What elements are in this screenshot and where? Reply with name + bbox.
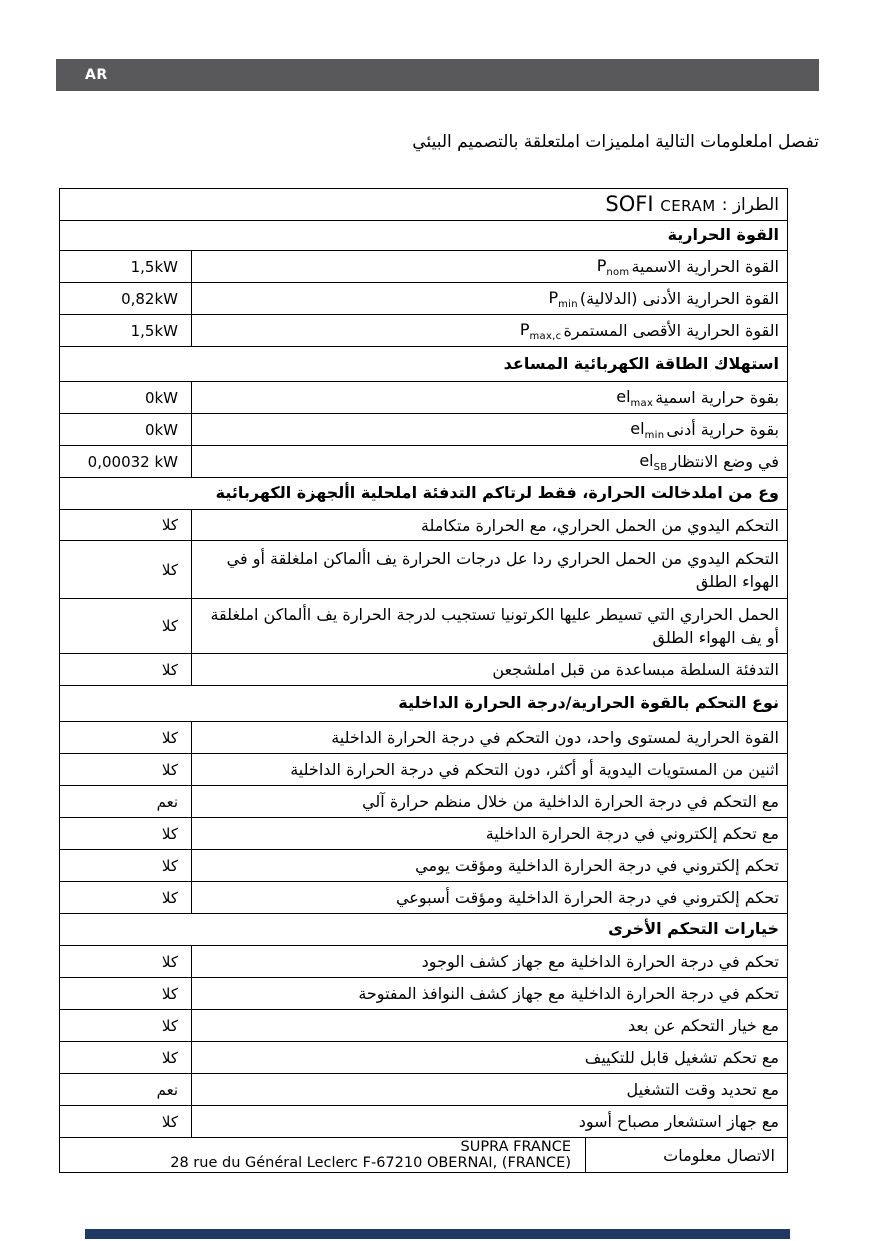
table-row: 0kWبقوة حرارية أدنىelmin xyxy=(60,413,787,445)
table-row: 0kWبقوة حرارية اسميةelmax xyxy=(60,381,787,413)
table-row: كلااثنين من المستويات اليدوية أو أكثر، د… xyxy=(60,753,787,785)
spec-value-cell: كلا xyxy=(60,1010,192,1041)
table-row: الطراز : SOFI CERAM xyxy=(60,189,787,220)
table-row: القوة الحرارية xyxy=(60,220,787,250)
spec-symbol: Pnom xyxy=(597,254,632,281)
model-name: SOFI xyxy=(605,192,660,216)
spec-label-text: مع تحديد وقت التشغيل xyxy=(626,1078,779,1101)
table-row: كلامع تحكم إلكتروني في درجة الحرارة الدا… xyxy=(60,817,787,849)
spec-label-text: القوة الحرارية لمستوى واحد، دون التحكم ف… xyxy=(331,726,779,749)
spec-label-text: اثنين من المستويات اليدوية أو أكثر، دون … xyxy=(290,758,779,781)
spec-value-cell: كلا xyxy=(60,510,192,540)
spec-symbol: elSB xyxy=(639,449,669,476)
spec-label-text: التحكم اليدوي من الحمل الحراري ردا عل در… xyxy=(200,547,779,593)
contact-address: 28 rue du Général Leclerc F-67210 OBERNA… xyxy=(64,1155,571,1171)
spec-label-cell: الحمل الحراري التي تسيطر عليها الكرتونيا… xyxy=(192,599,787,653)
table-row: 0,00032 kWفي وضع الانتظارelSB xyxy=(60,445,787,477)
table-row: كلاتحكم في درجة الحرارة الداخلية مع جهاز… xyxy=(60,977,787,1009)
spec-value-cell: كلا xyxy=(60,1106,192,1137)
spec-symbol: Pmin xyxy=(548,286,579,313)
spec-label-cell: القوة الحرارية الأدنى (الدلالية)Pmin xyxy=(192,283,787,314)
section-header-cell: خيارات التحكم الأخرى xyxy=(60,914,787,945)
table-row: SUPRA FRANCE28 rue du Général Leclerc F-… xyxy=(60,1137,787,1172)
contact-company: SUPRA FRANCE xyxy=(64,1139,571,1155)
spec-label-cell: تحكم في درجة الحرارة الداخلية مع جهاز كش… xyxy=(192,978,787,1009)
spec-value-cell: كلا xyxy=(60,722,192,753)
spec-symbol-subscript: max xyxy=(631,398,654,409)
section-header-cell: وع من املدخالت الحرارة، فقط لرتاكم التدف… xyxy=(60,478,787,509)
spec-value-cell: كلا xyxy=(60,599,192,653)
spec-value-cell: نعم xyxy=(60,1074,192,1105)
table-row: كلاالتدفئة السلطة مبساعدة من قبل املشجعن xyxy=(60,653,787,685)
spec-value-cell: كلا xyxy=(60,754,192,785)
spec-label-cell: التحكم اليدوي من الحمل الحراري ردا عل در… xyxy=(192,541,787,598)
spec-label-text: بقوة حرارية أدنى xyxy=(666,418,779,441)
spec-label-text: مع تحكم تشغيل قابل للتكييف xyxy=(585,1046,779,1069)
table-row: كلاتحكم إلكتروني في درجة الحرارة الداخلي… xyxy=(60,849,787,881)
table-row: 1,5kWالقوة الحرارية الأقصى المستمرةPmax,… xyxy=(60,314,787,346)
section-header-cell: استهلاك الطاقة الكهربائية المساعد xyxy=(60,347,787,381)
spec-value-cell: كلا xyxy=(60,818,192,849)
spec-label-cell: التحكم اليدوي من الحمل الحراري، مع الحرا… xyxy=(192,510,787,540)
spec-label-cell: القوة الحرارية الأقصى المستمرةPmax,c xyxy=(192,315,787,346)
table-row: نعممع التحكم في درجة الحرارة الداخلية من… xyxy=(60,785,787,817)
table-row: كلاالتحكم اليدوي من الحمل الحراري، مع ال… xyxy=(60,509,787,540)
spec-label-cell: اثنين من المستويات اليدوية أو أكثر، دون … xyxy=(192,754,787,785)
spec-value-cell: 1,5kW xyxy=(60,251,192,282)
table-row: وع من املدخالت الحرارة، فقط لرتاكم التدف… xyxy=(60,477,787,509)
spec-label-cell: مع تحديد وقت التشغيل xyxy=(192,1074,787,1105)
spec-label-cell: مع تحكم تشغيل قابل للتكييف xyxy=(192,1042,787,1073)
spec-label-text: القوة الحرارية الأدنى (الدلالية) xyxy=(580,287,779,310)
spec-label-cell: بقوة حرارية أدنىelmin xyxy=(192,414,787,445)
spec-label-cell: مع خيار التحكم عن بعد xyxy=(192,1010,787,1041)
spec-label-text: في وضع الانتظار xyxy=(669,450,779,473)
spec-label-cell: تحكم إلكتروني في درجة الحرارة الداخلية و… xyxy=(192,882,787,913)
spec-label-cell: مع تحكم إلكتروني في درجة الحرارة الداخلي… xyxy=(192,818,787,849)
spec-value-cell: كلا xyxy=(60,850,192,881)
model-label: الطراز : xyxy=(722,194,779,216)
spec-label-text: بقوة حرارية اسمية xyxy=(655,386,779,409)
table-row: نعممع تحديد وقت التشغيل xyxy=(60,1073,787,1105)
spec-label-text: التدفئة السلطة مبساعدة من قبل املشجعن xyxy=(492,658,779,681)
table-row: كلامع جهاز استشعار مصباح أسود xyxy=(60,1105,787,1137)
spec-symbol: elmax xyxy=(616,385,655,412)
spec-label-cell: مع جهاز استشعار مصباح أسود xyxy=(192,1106,787,1137)
spec-symbol-subscript: min xyxy=(645,430,665,441)
spec-label-cell: مع التحكم في درجة الحرارة الداخلية من خل… xyxy=(192,786,787,817)
model-row-cell: الطراز : SOFI CERAM xyxy=(60,189,787,220)
table-row: 0,82kWالقوة الحرارية الأدنى (الدلالية)Pm… xyxy=(60,282,787,314)
contact-details-cell: SUPRA FRANCE28 rue du Général Leclerc F-… xyxy=(60,1138,586,1172)
spec-label-cell: في وضع الانتظارelSB xyxy=(192,446,787,477)
language-header-bar: AR xyxy=(56,59,819,91)
table-row: كلاالتحكم اليدوي من الحمل الحراري ردا عل… xyxy=(60,540,787,598)
spec-label-text: القوة الحرارية الأقصى المستمرة xyxy=(563,319,779,342)
spec-value-cell: 0kW xyxy=(60,414,192,445)
contact-label-cell: الاتصال معلومات xyxy=(586,1138,787,1172)
spec-label-text: مع التحكم في درجة الحرارة الداخلية من خل… xyxy=(362,790,779,813)
spec-value-cell: 0,82kW xyxy=(60,283,192,314)
table-row: كلاتحكم في درجة الحرارة الداخلية مع جهاز… xyxy=(60,945,787,977)
spec-label-text: مع تحكم إلكتروني في درجة الحرارة الداخلي… xyxy=(486,822,779,845)
spec-symbol: elmin xyxy=(630,417,666,444)
spec-label-text: الحمل الحراري التي تسيطر عليها الكرتونيا… xyxy=(200,603,779,649)
manual-page: { "header": { "lang_badge": "AR", "bar_c… xyxy=(0,0,874,1241)
spec-value-cell: نعم xyxy=(60,786,192,817)
spec-value-cell: كلا xyxy=(60,978,192,1009)
footer-bar xyxy=(85,1229,790,1239)
table-row: خيارات التحكم الأخرى xyxy=(60,913,787,945)
spec-label-text: مع جهاز استشعار مصباح أسود xyxy=(579,1110,779,1133)
spec-label-text: مع خيار التحكم عن بعد xyxy=(628,1014,779,1037)
spec-label-cell: تحكم في درجة الحرارة الداخلية مع جهاز كش… xyxy=(192,946,787,977)
spec-symbol-subscript: nom xyxy=(606,267,629,278)
language-badge: AR xyxy=(85,67,108,83)
spec-symbol-subscript: SB xyxy=(654,462,668,473)
ecodesign-spec-table: الطراز : SOFI CERAMالقوة الحرارية1,5kWال… xyxy=(59,188,788,1173)
spec-value-cell: 0kW xyxy=(60,382,192,413)
table-row: كلامع تحكم تشغيل قابل للتكييف xyxy=(60,1041,787,1073)
spec-symbol-subscript: max,c xyxy=(529,331,561,342)
table-row: نوع التحكم بالقوة الحرارية/درجة الحرارة … xyxy=(60,685,787,721)
spec-value-cell: كلا xyxy=(60,882,192,913)
spec-value-cell: 0,00032 kW xyxy=(60,446,192,477)
spec-symbol-subscript: min xyxy=(558,299,578,310)
table-row: كلامع خيار التحكم عن بعد xyxy=(60,1009,787,1041)
table-row: استهلاك الطاقة الكهربائية المساعد xyxy=(60,346,787,381)
table-row: كلاالقوة الحرارية لمستوى واحد، دون التحك… xyxy=(60,721,787,753)
spec-value-cell: 1,5kW xyxy=(60,315,192,346)
spec-label-text: تحكم في درجة الحرارة الداخلية مع جهاز كش… xyxy=(358,982,779,1005)
spec-value-cell: كلا xyxy=(60,1042,192,1073)
section-header-cell: نوع التحكم بالقوة الحرارية/درجة الحرارة … xyxy=(60,686,787,721)
spec-label-text: القوة الحرارية الاسمية xyxy=(631,255,779,278)
model-name-group: SOFI CERAM xyxy=(605,191,715,218)
spec-label-text: تحكم في درجة الحرارة الداخلية مع جهاز كش… xyxy=(422,950,779,973)
spec-label-text: التحكم اليدوي من الحمل الحراري، مع الحرا… xyxy=(421,514,779,537)
spec-label-cell: التدفئة السلطة مبساعدة من قبل املشجعن xyxy=(192,654,787,685)
spec-label-text: تحكم إلكتروني في درجة الحرارة الداخلية و… xyxy=(396,886,779,909)
spec-value-cell: كلا xyxy=(60,654,192,685)
model-variant: CERAM xyxy=(660,197,715,215)
spec-label-cell: تحكم إلكتروني في درجة الحرارة الداخلية و… xyxy=(192,850,787,881)
spec-label-cell: القوة الحرارية لمستوى واحد، دون التحكم ف… xyxy=(192,722,787,753)
spec-label-text: تحكم إلكتروني في درجة الحرارة الداخلية و… xyxy=(415,854,779,877)
spec-label-cell: القوة الحرارية الاسميةPnom xyxy=(192,251,787,282)
table-row: 1,5kWالقوة الحرارية الاسميةPnom xyxy=(60,250,787,282)
section-header-cell: القوة الحرارية xyxy=(60,221,787,250)
spec-label-cell: بقوة حرارية اسميةelmax xyxy=(192,382,787,413)
spec-value-cell: كلا xyxy=(60,541,192,598)
table-row: كلاتحكم إلكتروني في درجة الحرارة الداخلي… xyxy=(60,881,787,913)
spec-symbol: Pmax,c xyxy=(520,318,564,345)
page-title: تفصل املعلومات التالية املميزات املتعلقة… xyxy=(56,127,819,157)
table-row: كلاالحمل الحراري التي تسيطر عليها الكرتو… xyxy=(60,598,787,653)
spec-value-cell: كلا xyxy=(60,946,192,977)
